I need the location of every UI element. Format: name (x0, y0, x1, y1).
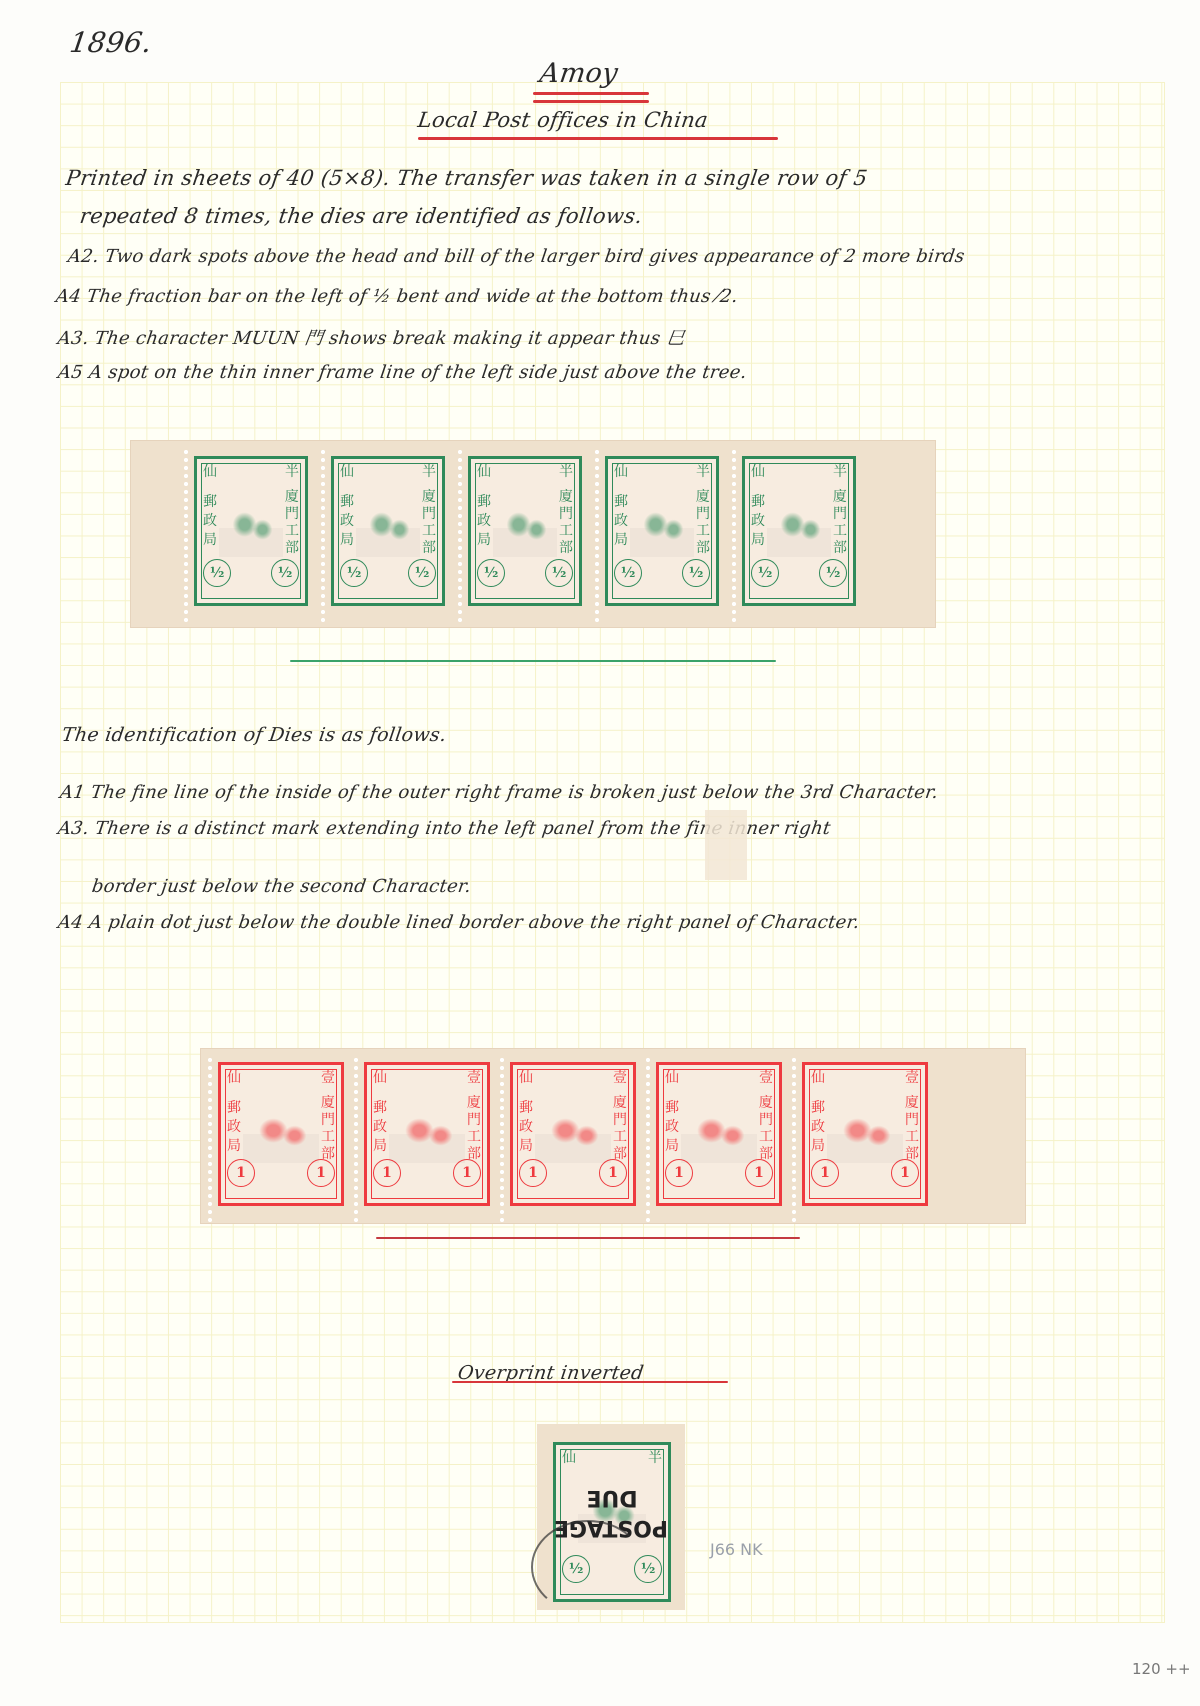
stamp-egrets-scene (767, 485, 831, 557)
stamp-egrets-scene (219, 485, 283, 557)
stamp-char-right: 半 (832, 464, 848, 481)
stamp-chars-left-col: 郵政局 (810, 1099, 826, 1156)
identification-heading: The identification of Dies is as follows… (60, 724, 447, 746)
stamp: AMOY仙壹郵政局廈門工部11CENT (364, 1062, 490, 1206)
stamp-country: AMOY (356, 465, 420, 483)
stamp-egrets-scene (630, 485, 694, 557)
stamp-country: AMOY (681, 1071, 757, 1089)
stamp-country: AMOY (389, 1071, 465, 1089)
stamp-denomination: CENT (505, 567, 545, 583)
stamp-chars-right-col: 廈門工部 (466, 1095, 482, 1163)
die-note-1c-a3-cont: border just below the second Character. (91, 876, 473, 897)
stamp-value-left: ½ (751, 559, 779, 587)
stamp-chars-left-col: 郵政局 (664, 1099, 680, 1156)
stamp-char-left: 仙 (372, 1070, 388, 1087)
stamp-chars-right-col: 廈門工部 (558, 489, 574, 557)
half-cent-green-strip: AMOY仙半郵政局廈門工部½½CENTAMOY仙半郵政局廈門工部½½CENTAM… (130, 440, 936, 628)
stamp-char-right: 壹 (320, 1070, 336, 1087)
stamp-egrets-scene (535, 1091, 611, 1163)
stamp-char-left: 仙 (476, 464, 492, 481)
stamp-denomination: CENT (693, 1167, 745, 1183)
stamp-denomination: CENT (401, 1167, 453, 1183)
stamp-country: AMOY (630, 465, 694, 483)
year-heading: 1896. (68, 26, 154, 59)
stamp-char-left: 仙 (339, 464, 355, 481)
stamp-egrets-scene (389, 1091, 465, 1163)
stamp-char-right: 壹 (612, 1070, 628, 1087)
intro-line-2: repeated 8 times, the dies are identifie… (78, 204, 644, 228)
stamp-char-right: 壹 (758, 1070, 774, 1087)
perforation (321, 448, 325, 624)
stamp-egrets-scene (681, 1091, 757, 1163)
stamp-value-left: 1 (665, 1159, 693, 1187)
perforation (184, 448, 188, 624)
stamp-char-left: 仙 (226, 1070, 242, 1087)
die-note-1c-a1: A1 The fine line of the inside of the ou… (59, 782, 940, 803)
stamp-chars-left-col: 郵政局 (226, 1099, 242, 1156)
stamp-value-right: ½ (408, 559, 436, 587)
green-divider-line (290, 660, 776, 662)
die-note-a4: A4 The fraction bar on the left of ½ ben… (55, 286, 740, 307)
stamp-char-left: 仙 (561, 1450, 577, 1467)
die-note-a2: A2. Two dark spots above the head and bi… (67, 246, 966, 267)
stamp-country: AMOY (578, 1451, 646, 1469)
stamp-char-left: 仙 (202, 464, 218, 481)
stamp-chars-left-col: 郵政局 (518, 1099, 534, 1156)
stamp-chars-right-col: 廈門工部 (904, 1095, 920, 1163)
stamp-value-left: 1 (373, 1159, 401, 1187)
perforation (458, 448, 462, 624)
stamp-char-left: 仙 (664, 1070, 680, 1087)
stamp-country: AMOY (767, 465, 831, 483)
stamp-denomination: CENT (547, 1167, 599, 1183)
stamp-country: AMOY (827, 1071, 903, 1089)
stamp-country: AMOY (493, 465, 557, 483)
stamp-chars-right-col: 廈門工部 (695, 489, 711, 557)
stamp-denomination: CENT (231, 567, 271, 583)
intro-line-1: Printed in sheets of 40 (5×8). The trans… (64, 166, 869, 190)
overprint-underline (452, 1381, 728, 1383)
stamp-value-right: 1 (307, 1159, 335, 1187)
stamp-value-right: ½ (819, 559, 847, 587)
stamp: AMOY仙半郵政局廈門工部½½CENT (605, 456, 719, 606)
stamp-char-right: 半 (647, 1450, 663, 1467)
stamp-value-left: 1 (811, 1159, 839, 1187)
stamp-chars-left-col: 郵政局 (339, 493, 355, 550)
graph-paper-grid (60, 82, 1165, 1623)
stamp-char-right: 半 (558, 464, 574, 481)
stamp-value-left: 1 (227, 1159, 255, 1187)
stamp-char-right: 壹 (466, 1070, 482, 1087)
perforation (792, 1056, 796, 1226)
postage-due-single-stamp: AMOY 仙 半 ½ ½ CENT DUE POSTAGE (537, 1424, 685, 1610)
stamp: AMOY仙壹郵政局廈門工部11CENT (218, 1062, 344, 1206)
pencil-price-note: 120 ++ (1132, 1660, 1191, 1678)
stamp-chars-left-col: 郵政局 (372, 1099, 388, 1156)
stamp-char-left: 仙 (750, 464, 766, 481)
stamp-egrets-scene (243, 1091, 319, 1163)
stamp-value-left: ½ (477, 559, 505, 587)
stamp-denomination: CENT (368, 567, 408, 583)
stamp-denomination: CENT (255, 1167, 307, 1183)
stamp-char-left: 仙 (810, 1070, 826, 1087)
overprint-due: DUE (556, 1485, 668, 1510)
stamp-chars-right-col: 廈門工部 (320, 1095, 336, 1163)
stamp-value-right: 1 (745, 1159, 773, 1187)
stamp: AMOY仙半郵政局廈門工部½½CENT (742, 456, 856, 606)
stamp-chars-right-col: 廈門工部 (612, 1095, 628, 1163)
stamp-char-left: 仙 (518, 1070, 534, 1087)
stamp-chars-right-col: 廈門工部 (832, 489, 848, 557)
stamp-char-left: 仙 (613, 464, 629, 481)
stamp-country: AMOY (219, 465, 283, 483)
stamp: AMOY仙壹郵政局廈門工部11CENT (802, 1062, 928, 1206)
stamp-chars-left-col: 郵政局 (750, 493, 766, 550)
stamp-char-right: 半 (695, 464, 711, 481)
page-subtitle: Local Post offices in China (416, 108, 709, 132)
stamp-value-right: ½ (271, 559, 299, 587)
perforation (208, 1056, 212, 1226)
title-underline-1 (533, 92, 649, 95)
stamp-chars-right-col: 廈門工部 (421, 489, 437, 557)
perforation (595, 448, 599, 624)
stamp-denomination: CENT (779, 567, 819, 583)
stamp: AMOY仙半郵政局廈門工部½½CENT (194, 456, 308, 606)
title-underline-2 (533, 100, 649, 103)
pencil-catalog-note: J66 NK (710, 1540, 763, 1559)
die-note-a5: A5 A spot on the thin inner frame line o… (57, 362, 749, 383)
postmark-cancel (531, 1520, 645, 1614)
perforation (732, 448, 736, 624)
stamp-chars-left-col: 郵政局 (202, 493, 218, 550)
stamp-value-right: ½ (545, 559, 573, 587)
stamp-value-right: 1 (453, 1159, 481, 1187)
stamp: AMOY仙壹郵政局廈門工部11CENT (510, 1062, 636, 1206)
stamp-char-right: 半 (421, 464, 437, 481)
stamp-value-left: 1 (519, 1159, 547, 1187)
stamp-value-left: ½ (203, 559, 231, 587)
stamp-value-left: ½ (614, 559, 642, 587)
stamp-char-right: 壹 (904, 1070, 920, 1087)
stamp-value-right: 1 (891, 1159, 919, 1187)
die-note-a3: A3. The character MUUN 門 shows break mak… (56, 324, 687, 350)
one-cent-red-strip: AMOY仙壹郵政局廈門工部11CENTAMOY仙壹郵政局廈門工部11CENTAM… (200, 1048, 1026, 1224)
subtitle-underline (418, 137, 778, 140)
hinge-patch (705, 810, 747, 880)
stamp-char-right: 半 (284, 464, 300, 481)
stamp-value-right: 1 (599, 1159, 627, 1187)
stamp-denomination: CENT (839, 1167, 891, 1183)
stamp-chars-left-col: 郵政局 (613, 493, 629, 550)
perforation (354, 1056, 358, 1226)
stamp-chars-right-col: 廈門工部 (758, 1095, 774, 1163)
stamp: AMOY仙壹郵政局廈門工部11CENT (656, 1062, 782, 1206)
stamp-value-right: ½ (682, 559, 710, 587)
red-divider-line (376, 1237, 800, 1239)
stamp: AMOY仙半郵政局廈門工部½½CENT (468, 456, 582, 606)
stamp: AMOY仙半郵政局廈門工部½½CENT (331, 456, 445, 606)
stamp-chars-left-col: 郵政局 (476, 493, 492, 550)
die-note-1c-a4: A4 A plain dot just below the double lin… (57, 912, 861, 933)
perforation (500, 1056, 504, 1226)
stamp-egrets-scene (493, 485, 557, 557)
stamp-country: AMOY (243, 1071, 319, 1089)
stamp-chars-right-col: 廈門工部 (284, 489, 300, 557)
page-title: Amoy (538, 58, 620, 89)
stamp-denomination: CENT (642, 567, 682, 583)
stamp-value-left: ½ (340, 559, 368, 587)
stamp-egrets-scene (827, 1091, 903, 1163)
perforation (646, 1056, 650, 1226)
stamp-egrets-scene (356, 485, 420, 557)
stamp-country: AMOY (535, 1071, 611, 1089)
